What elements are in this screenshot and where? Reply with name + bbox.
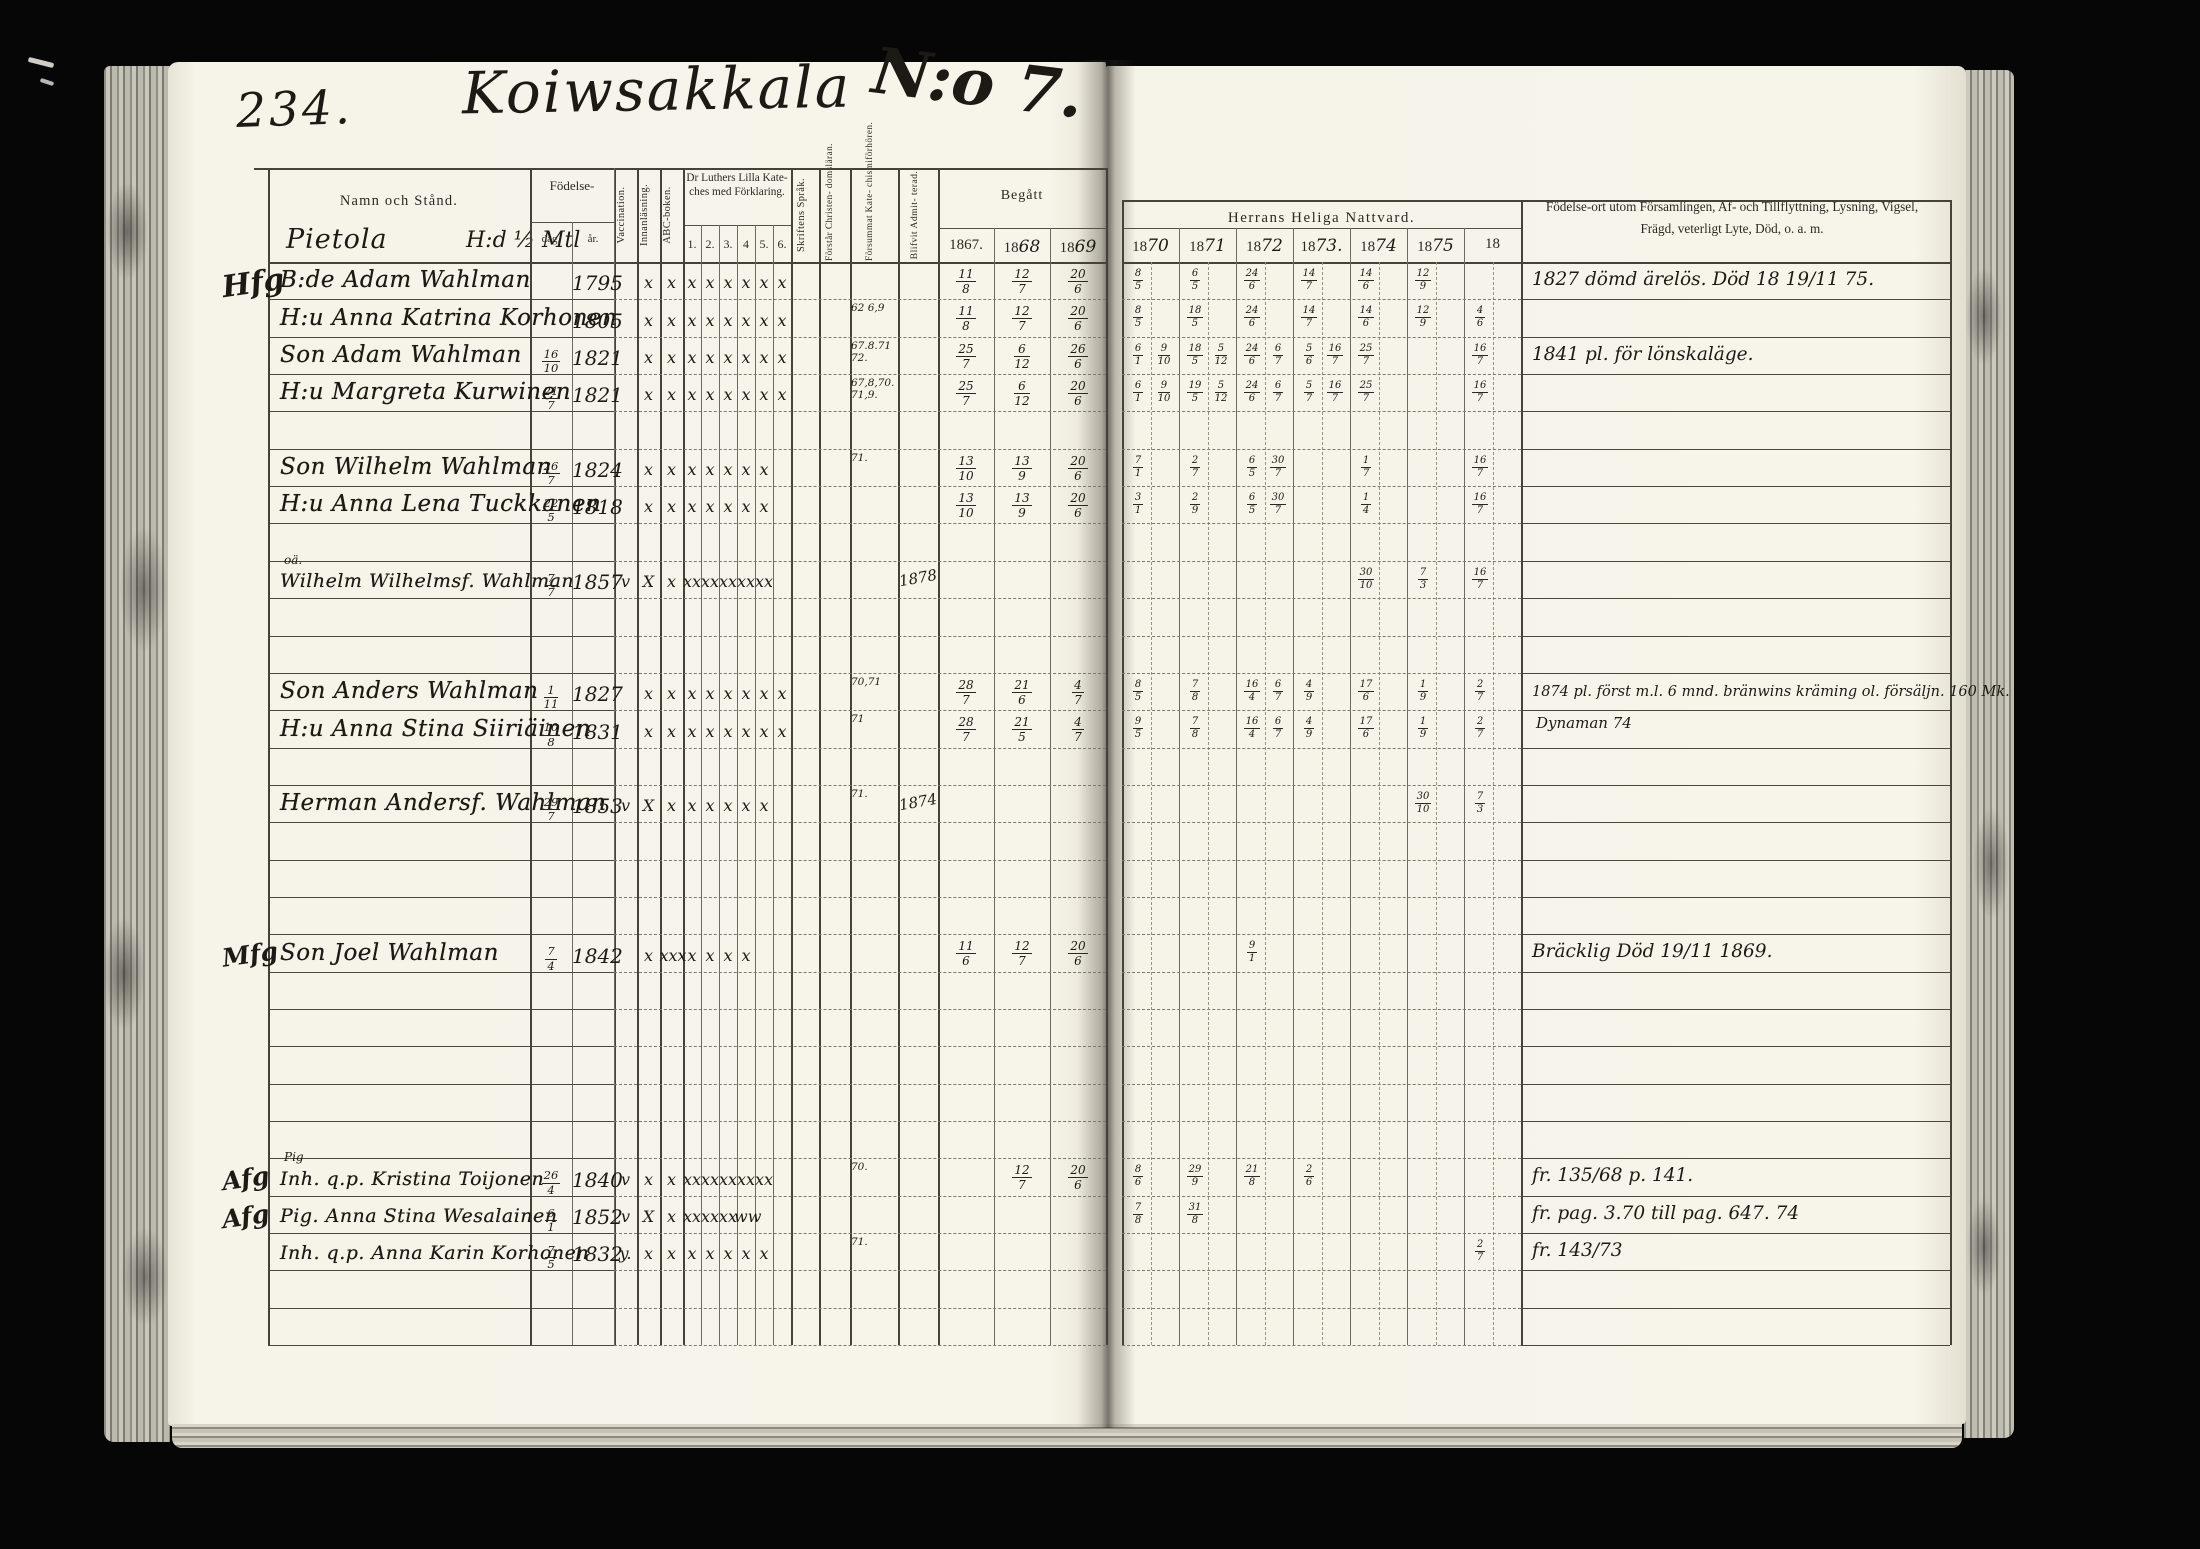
check-mark: x bbox=[637, 946, 661, 965]
begatt-date: 206 bbox=[1054, 455, 1102, 482]
date-fraction: 85 bbox=[1133, 269, 1143, 292]
birth-day: 111 bbox=[527, 685, 575, 711]
date-fraction: 95 bbox=[1133, 717, 1143, 740]
birth-day: 77 bbox=[527, 573, 575, 599]
row-line bbox=[614, 710, 1106, 711]
col-head-scripture: Skriftens Språk. bbox=[796, 169, 814, 261]
neglected-note: 71. bbox=[851, 788, 897, 800]
check-mark: y. bbox=[614, 1244, 638, 1263]
birth-day: 74 bbox=[527, 946, 575, 972]
nattvard-date: 167 bbox=[1456, 344, 1504, 367]
date-fraction: 127 bbox=[1012, 268, 1031, 295]
row-line bbox=[1521, 561, 1950, 562]
row-line bbox=[1122, 1308, 1521, 1309]
begatt-date: 206 bbox=[1054, 492, 1102, 519]
col-head-understands: Förstår Christen- domsläran. bbox=[825, 169, 843, 261]
remark-note: 1827 dömd ärelös. Död 18 19/11 75. bbox=[1532, 269, 1874, 290]
begatt-year-1867: 1867. bbox=[936, 237, 996, 254]
birth-year: 1842 bbox=[572, 944, 614, 968]
begatt-date: 127 bbox=[998, 268, 1046, 295]
remark-note: fr. pag. 3.70 till pag. 647. 74 bbox=[1532, 1203, 1799, 1224]
row-line bbox=[1521, 1158, 1950, 1159]
row-line bbox=[1521, 972, 1950, 973]
nattvard-date: 27 bbox=[1171, 456, 1219, 479]
nattvard-date: 73 bbox=[1399, 568, 1447, 591]
nattvard-date: 27 bbox=[1456, 680, 1504, 703]
row-line bbox=[1521, 748, 1950, 749]
table-column-line bbox=[637, 168, 639, 1345]
date-fraction: 167 bbox=[1472, 568, 1489, 591]
check-mark: x bbox=[637, 722, 661, 741]
year-label-part: 18 bbox=[1189, 239, 1204, 255]
row-line bbox=[614, 1345, 1106, 1346]
nattvard-date: 185 bbox=[1171, 306, 1219, 329]
row-line bbox=[614, 299, 1106, 300]
birth-day: 217 bbox=[527, 386, 575, 412]
nattvard-date: 91 bbox=[1228, 941, 1276, 964]
nattvard-year-1874: 1874 bbox=[1349, 236, 1409, 256]
row-line bbox=[1122, 598, 1521, 599]
neglected-note: 67,8,70. 71,9. bbox=[851, 377, 897, 401]
check-mark: x bbox=[770, 311, 794, 330]
year-label-part: 69 bbox=[1075, 237, 1097, 257]
date-fraction: 512 bbox=[1215, 344, 1228, 367]
date-fraction: 147 bbox=[1301, 306, 1318, 329]
nattvard-date: 299 bbox=[1171, 1165, 1219, 1188]
begatt-year-1868: 1868 bbox=[992, 237, 1052, 257]
date-fraction: 118 bbox=[956, 305, 975, 332]
row-line bbox=[614, 822, 1106, 823]
row-line bbox=[1122, 1270, 1521, 1271]
person-name: Inh. q.p. Kristina Toijonen bbox=[280, 1168, 544, 1190]
nattvard-date: 49 bbox=[1285, 717, 1333, 740]
begatt-date: 47 bbox=[1054, 679, 1102, 706]
person-name: Son Anders Wahlman bbox=[280, 678, 538, 704]
date-fraction: 287 bbox=[956, 716, 975, 743]
begatt-date: 612 bbox=[998, 343, 1046, 370]
row-line bbox=[614, 523, 1106, 524]
neglected-note: 70. bbox=[851, 1161, 897, 1173]
catechism-col-3: 3. bbox=[719, 237, 737, 252]
row-line bbox=[1122, 449, 1521, 450]
begatt-date: 47 bbox=[1054, 716, 1102, 743]
date-fraction: 206 bbox=[1068, 455, 1087, 482]
catechism-col-6: 6. bbox=[773, 237, 791, 252]
year-label-part: 18 bbox=[1060, 240, 1075, 256]
year-label-part: 72 bbox=[1261, 236, 1283, 256]
row-line bbox=[1521, 1121, 1950, 1122]
row-line bbox=[1521, 897, 1950, 898]
date-fraction: 307 bbox=[1270, 493, 1287, 516]
table-column-line bbox=[938, 168, 940, 1345]
row-line bbox=[1122, 299, 1521, 300]
birth-year: 1821 bbox=[572, 383, 614, 407]
year-label-part: 74 bbox=[1375, 236, 1397, 256]
row-line bbox=[1521, 1009, 1950, 1010]
row-line bbox=[614, 1270, 1106, 1271]
row-line bbox=[268, 1084, 614, 1085]
table-rule-line bbox=[938, 228, 1106, 229]
row-line bbox=[1122, 897, 1521, 898]
date-fraction: 67 bbox=[1273, 344, 1283, 367]
row-line bbox=[1122, 561, 1521, 562]
person-name: B:de Adam Wahlman bbox=[280, 267, 531, 293]
date-fraction: 27 bbox=[1475, 1240, 1485, 1263]
person-name: Son Joel Wahlman bbox=[280, 940, 499, 966]
row-line bbox=[1521, 860, 1950, 861]
row-line bbox=[1122, 411, 1521, 412]
begatt-date: 116 bbox=[942, 940, 990, 967]
row-line bbox=[268, 449, 614, 450]
check-mark: xx bbox=[752, 1170, 776, 1189]
row-line bbox=[268, 1046, 614, 1047]
row-line bbox=[614, 374, 1106, 375]
row-line bbox=[1122, 785, 1521, 786]
date-fraction: 27 bbox=[1190, 456, 1200, 479]
date-fraction: 167 bbox=[1327, 381, 1344, 404]
row-line bbox=[614, 486, 1106, 487]
table-column-line bbox=[1106, 168, 1108, 1345]
row-line bbox=[1521, 1084, 1950, 1085]
date-fraction: 217 bbox=[542, 386, 561, 412]
begatt-date: 127 bbox=[998, 1164, 1046, 1191]
begatt-date: 1310 bbox=[942, 455, 990, 482]
nattvard-date: 65 bbox=[1171, 269, 1219, 292]
row-line bbox=[1122, 822, 1521, 823]
nattvard-date: 85 bbox=[1114, 306, 1162, 329]
date-fraction: 266 bbox=[1068, 343, 1087, 370]
date-fraction: 612 bbox=[1014, 343, 1029, 370]
margin-code: Afg bbox=[220, 1199, 271, 1234]
table-column-line bbox=[1950, 200, 1952, 1345]
birth-year: 1818 bbox=[572, 495, 614, 519]
date-fraction: 1310 bbox=[956, 455, 975, 482]
date-fraction: 910 bbox=[1158, 344, 1171, 367]
row-line bbox=[268, 673, 614, 674]
date-fraction: 27 bbox=[1475, 680, 1485, 703]
nattvard-date: 86 bbox=[1114, 1165, 1162, 1188]
date-fraction: 206 bbox=[1068, 492, 1087, 519]
check-mark: x bbox=[637, 684, 661, 703]
nattvard-date: 26 bbox=[1285, 1165, 1333, 1188]
date-fraction: 71 bbox=[1133, 456, 1143, 479]
row-line bbox=[1122, 1121, 1521, 1122]
date-fraction: 47 bbox=[1072, 716, 1084, 743]
begatt-date: 206 bbox=[1054, 940, 1102, 967]
nattvard-date: 129 bbox=[1399, 269, 1447, 292]
nattvard-date: 176 bbox=[1342, 680, 1390, 703]
date-fraction: 147 bbox=[1301, 269, 1318, 292]
row-line bbox=[1521, 822, 1950, 823]
date-fraction: 512 bbox=[1215, 381, 1228, 404]
date-fraction: 257 bbox=[1358, 344, 1375, 367]
date-fraction: 67 bbox=[1273, 381, 1283, 404]
person-name: Pig. Anna Stina Wesalainen bbox=[280, 1205, 558, 1227]
table-rule-line bbox=[1122, 200, 1950, 202]
date-fraction: 3010 bbox=[1415, 792, 1432, 815]
row-line bbox=[1521, 1046, 1950, 1047]
nattvard-date: 318 bbox=[1171, 1203, 1219, 1226]
year-label-part: 18 bbox=[1246, 239, 1261, 255]
birth-day: 267 bbox=[527, 461, 575, 487]
check-mark: v bbox=[614, 796, 638, 815]
row-line bbox=[614, 1233, 1106, 1234]
begatt-date: 612 bbox=[998, 380, 1046, 407]
nattvard-date: 31 bbox=[1114, 493, 1162, 516]
begatt-date: 257 bbox=[942, 343, 990, 370]
col-head-begatt: Begått bbox=[938, 188, 1106, 204]
birth-year: 1827 bbox=[572, 682, 614, 706]
check-mark: x bbox=[770, 273, 794, 292]
row-line bbox=[1122, 972, 1521, 973]
row-line bbox=[1122, 1009, 1521, 1010]
date-fraction: 49 bbox=[1304, 717, 1314, 740]
col-head-admitted: Blifvit Admit- terad. bbox=[909, 169, 927, 261]
row-line bbox=[268, 785, 614, 786]
neglected-note: 70,71 bbox=[851, 676, 897, 688]
year-label-part: 18 bbox=[1004, 240, 1019, 256]
check-mark: X bbox=[637, 796, 661, 815]
nattvard-date: 129 bbox=[1399, 306, 1447, 329]
date-fraction: 73 bbox=[1418, 568, 1428, 591]
date-fraction: 299 bbox=[1187, 1165, 1204, 1188]
table-column-line bbox=[994, 228, 995, 1345]
book-edge-marbled-left bbox=[104, 66, 170, 1442]
date-fraction: 206 bbox=[1068, 268, 1087, 295]
birth-year: 1832 bbox=[572, 1242, 614, 1266]
date-fraction: 111 bbox=[544, 685, 559, 711]
begatt-date: 215 bbox=[998, 716, 1046, 743]
date-fraction: 27 bbox=[1475, 717, 1485, 740]
row-line bbox=[614, 337, 1106, 338]
row-line bbox=[1122, 860, 1521, 861]
nattvard-date: 167 bbox=[1456, 568, 1504, 591]
row-line bbox=[1521, 523, 1950, 524]
row-line bbox=[268, 1121, 614, 1122]
nattvard-date: 167 bbox=[1456, 493, 1504, 516]
neglected-note: 71. bbox=[851, 1236, 897, 1248]
nattvard-date: 246 bbox=[1228, 269, 1276, 292]
table-column-line bbox=[1521, 200, 1523, 1345]
date-fraction: 146 bbox=[1358, 269, 1375, 292]
table-rule-line bbox=[1122, 228, 1521, 229]
birth-year: 1857 bbox=[572, 570, 614, 594]
nattvard-date: 17 bbox=[1342, 456, 1390, 479]
row-line bbox=[1521, 1196, 1950, 1197]
check-mark: xx bbox=[752, 572, 776, 591]
row-line bbox=[614, 1009, 1106, 1010]
begatt-date: 139 bbox=[998, 492, 1046, 519]
nattvard-date: 78 bbox=[1114, 1203, 1162, 1226]
birth-year: 1853 bbox=[572, 794, 614, 818]
begatt-year-1869: 1869 bbox=[1048, 237, 1108, 257]
table-column-line bbox=[1407, 228, 1408, 1345]
table-column-line bbox=[819, 168, 821, 1345]
check-mark: v bbox=[614, 1170, 638, 1189]
nattvard-date: 19 bbox=[1399, 717, 1447, 740]
neglected-note: 71. bbox=[851, 452, 897, 464]
begatt-date: 139 bbox=[998, 455, 1046, 482]
date-fraction: 127 bbox=[1012, 940, 1031, 967]
check-mark: x bbox=[637, 1170, 661, 1189]
date-fraction: 75 bbox=[545, 1245, 556, 1271]
remark-note: fr. 143/73 bbox=[1532, 1240, 1623, 1261]
row-line bbox=[1521, 1345, 1950, 1346]
row-line bbox=[268, 561, 614, 562]
nattvard-date: 29 bbox=[1171, 493, 1219, 516]
date-fraction: 167 bbox=[1472, 493, 1489, 516]
person-name: Son Wilhelm Wahlman bbox=[280, 454, 552, 480]
col-head-notes: Födelse-ort utom Församlingen, Af- och T… bbox=[1528, 196, 1936, 240]
dust-speck bbox=[40, 78, 55, 86]
page-stack-bottom-edge bbox=[172, 1424, 1962, 1448]
table-rule-line bbox=[268, 262, 1106, 264]
check-mark: x bbox=[770, 722, 794, 741]
row-line bbox=[1521, 411, 1950, 412]
check-mark: x bbox=[770, 348, 794, 367]
date-fraction: 1610 bbox=[542, 349, 561, 375]
table-column-line bbox=[898, 168, 900, 1345]
check-mark: x bbox=[770, 385, 794, 404]
date-fraction: 77 bbox=[545, 573, 556, 599]
date-fraction: 74 bbox=[545, 946, 556, 972]
year-label-part: 71 bbox=[1204, 236, 1226, 256]
year-label-part: 75 bbox=[1432, 236, 1454, 256]
row-line bbox=[1122, 1233, 1521, 1234]
row-line bbox=[1521, 337, 1950, 338]
date-fraction: 129 bbox=[1415, 306, 1432, 329]
date-fraction: 264 bbox=[542, 1170, 561, 1196]
row-line bbox=[614, 561, 1106, 562]
year-label-part: 18 bbox=[1417, 239, 1432, 255]
row-line bbox=[1521, 785, 1950, 786]
year-label-part: 70 bbox=[1147, 236, 1169, 256]
row-line bbox=[268, 860, 614, 861]
name-premark: oä. bbox=[284, 553, 302, 567]
date-fraction: 29 bbox=[1190, 493, 1200, 516]
nattvard-date: 73 bbox=[1456, 792, 1504, 815]
row-line bbox=[614, 897, 1106, 898]
date-fraction: 206 bbox=[1068, 380, 1087, 407]
check-mark: x bbox=[637, 311, 661, 330]
row-line bbox=[1122, 1345, 1521, 1346]
date-fraction: 108 bbox=[542, 722, 561, 748]
begatt-date: 118 bbox=[942, 268, 990, 295]
date-fraction: 167 bbox=[1472, 456, 1489, 479]
row-line bbox=[1122, 1196, 1521, 1197]
row-line bbox=[614, 1196, 1106, 1197]
begatt-date: 206 bbox=[1054, 1164, 1102, 1191]
date-fraction: 14 bbox=[1361, 493, 1371, 516]
check-mark: x bbox=[637, 460, 661, 479]
nattvard-date: 176 bbox=[1342, 717, 1390, 740]
row-line bbox=[614, 1046, 1106, 1047]
table-column-line bbox=[1379, 262, 1380, 1345]
date-fraction: 116 bbox=[956, 940, 975, 967]
date-fraction: 118 bbox=[956, 268, 975, 295]
date-fraction: 910 bbox=[1158, 381, 1171, 404]
col-head-neglected: Försummat Kate- chismiförhören. bbox=[865, 169, 883, 261]
row-line bbox=[268, 1345, 614, 1346]
nattvard-date: 3010 bbox=[1342, 568, 1390, 591]
begatt-date: 287 bbox=[942, 679, 990, 706]
date-fraction: 67 bbox=[1273, 680, 1283, 703]
date-fraction: 307 bbox=[1270, 456, 1287, 479]
row-line bbox=[1521, 486, 1950, 487]
nattvard-date: 167 bbox=[1456, 381, 1504, 404]
date-fraction: 47 bbox=[1072, 679, 1084, 706]
row-line bbox=[1521, 673, 1950, 674]
nattvard-date: 27 bbox=[1456, 1240, 1504, 1263]
catechism-col-4: 4 bbox=[737, 237, 755, 252]
row-line bbox=[614, 1308, 1106, 1309]
table-rule-line bbox=[1122, 262, 1950, 264]
row-line bbox=[1521, 1308, 1950, 1309]
date-fraction: 26 bbox=[1304, 1165, 1314, 1188]
name-premark: Pig bbox=[284, 1150, 304, 1164]
date-fraction: 267 bbox=[542, 461, 561, 487]
neglected-note: 62 6,9 bbox=[851, 302, 897, 314]
date-fraction: 61 bbox=[545, 1208, 556, 1234]
check-mark: x bbox=[752, 796, 776, 815]
date-fraction: 246 bbox=[1244, 269, 1261, 292]
nattvard-year-1873: 1873. bbox=[1292, 236, 1352, 256]
begatt-date: 127 bbox=[998, 940, 1046, 967]
date-fraction: 65 bbox=[1190, 269, 1200, 292]
row-line bbox=[268, 1308, 614, 1309]
col-head-nattvard: Herrans Heliga Nattvard. bbox=[1122, 210, 1521, 227]
nattvard-date: 167 bbox=[1456, 456, 1504, 479]
catechism-col-2: 2. bbox=[701, 237, 719, 252]
check-mark: ww bbox=[734, 1207, 758, 1226]
date-fraction: 73 bbox=[1475, 792, 1485, 815]
row-line bbox=[614, 449, 1106, 450]
row-line bbox=[614, 1121, 1106, 1122]
row-line bbox=[1122, 1084, 1521, 1085]
year-label-part: 68 bbox=[1019, 237, 1041, 257]
nattvard-date: 46 bbox=[1456, 306, 1504, 329]
row-line bbox=[1521, 1270, 1950, 1271]
row-line bbox=[1122, 374, 1521, 375]
nattvard-date: 307 bbox=[1254, 493, 1302, 516]
check-mark: v bbox=[614, 1207, 638, 1226]
table-column-line bbox=[683, 168, 685, 1345]
date-fraction: 78 bbox=[1190, 717, 1200, 740]
row-line bbox=[614, 673, 1106, 674]
date-fraction: 19 bbox=[1418, 717, 1428, 740]
nattvard-date: 147 bbox=[1285, 269, 1333, 292]
nattvard-date: 3010 bbox=[1399, 792, 1447, 815]
birth-day: 108 bbox=[527, 722, 575, 748]
row-line bbox=[614, 934, 1106, 935]
birth-day: 1610 bbox=[527, 349, 575, 375]
row-line bbox=[614, 1158, 1106, 1159]
col-head-vaccination: Vaccination. bbox=[616, 169, 634, 261]
col-head-abc-book: ABC-boken. bbox=[662, 169, 680, 261]
nattvard-date: 27 bbox=[1456, 717, 1504, 740]
check-mark: x bbox=[734, 946, 758, 965]
row-line bbox=[1521, 449, 1950, 450]
row-line bbox=[268, 934, 614, 935]
row-line bbox=[1521, 934, 1950, 935]
check-mark: x bbox=[752, 460, 776, 479]
nattvard-date: 146 bbox=[1342, 269, 1390, 292]
row-line bbox=[1521, 598, 1950, 599]
nattvard-year-18: 18 bbox=[1463, 236, 1523, 253]
nattvard-date: 85 bbox=[1114, 680, 1162, 703]
nattvard-date: 307 bbox=[1254, 456, 1302, 479]
date-fraction: 86 bbox=[1133, 1165, 1143, 1188]
